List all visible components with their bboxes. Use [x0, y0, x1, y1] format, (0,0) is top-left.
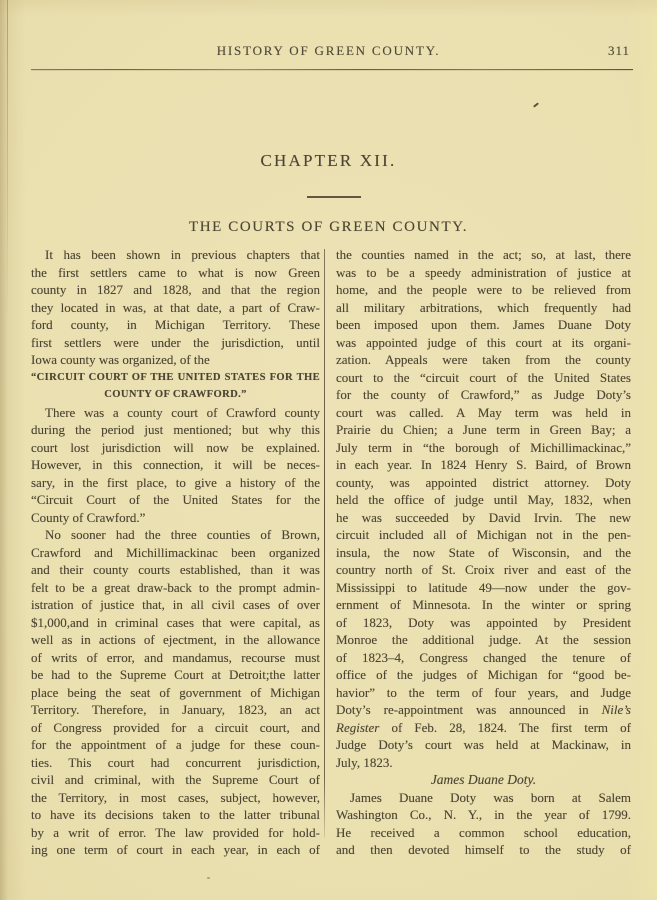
text-line: the Territory, in most cases, subject, h… [31, 789, 320, 807]
text-line: been imposed upon them. James Duane Doty [336, 316, 631, 334]
text-line: and then devoted himself to the study of [336, 841, 631, 859]
chapter-subtitle: THE COURTS OF GREEN COUNTY. [0, 219, 657, 236]
text-line: “CIRCUIT COURT OF THE UNITED STATES FOR … [31, 369, 320, 387]
text-line: place being the seat of government of Mi… [31, 684, 320, 702]
text-line: zation. Appeals were taken from the coun… [336, 351, 631, 369]
text-line: Doty’s re-appointment was announced in N… [336, 701, 631, 719]
text-line: court was called. A May term was held in [336, 404, 631, 422]
page-number: 311 [608, 43, 630, 59]
book-page: HISTORY OF GREEN COUNTY. 311 CHAPTER XII… [0, 0, 657, 900]
paragraph: It has been shown in previous chapters t… [31, 246, 320, 369]
text-line: ford county, in Michigan Territory. Thes… [31, 316, 320, 334]
text-line: first settlers were under the jurisdicti… [31, 334, 320, 352]
text-line: court to the “circuit court of the Unite… [336, 369, 631, 387]
text-line: for the county of Crawford,” as Judge Do… [336, 386, 631, 404]
text-line: July term in “the borough of Michillimac… [336, 439, 631, 457]
ink-speck [207, 877, 210, 879]
text-line: was appointed judge of this court at its… [336, 334, 631, 352]
paragraph: James Duane Doty was born at SalemWashin… [336, 789, 631, 859]
text-line: home, and the people were to be relieved… [336, 281, 631, 299]
paragraph: the counties named in the act; so, at la… [336, 246, 631, 771]
text-line: of 1823–4, Congress changed the tenure o… [336, 649, 631, 667]
text-line: ties. This court had concurrent jurisdic… [31, 754, 320, 772]
text-line: of Congress provided for a circuit court… [31, 719, 320, 737]
smallcaps: “CIRCUIT COURT OF THE UNITED STATES FOR … [31, 369, 320, 404]
text-line: well as in actions of ejectment, in the … [31, 631, 320, 649]
text-line: court lost jurisdiction will now be expl… [31, 439, 320, 457]
right-column: the counties named in the act; so, at la… [336, 246, 631, 859]
chapter-divider [307, 196, 361, 198]
text-line: $1,000,and in criminal cases that were c… [31, 614, 320, 632]
ink-speck [533, 102, 539, 107]
text-line: office of the judges of Michigan for “go… [336, 666, 631, 684]
text-line: felt to be a great draw-back to the prom… [31, 579, 320, 597]
text-line: the first settlers came to what is now G… [31, 264, 320, 282]
text-line: “Circuit Court of the United States for … [31, 491, 320, 509]
header-rule [31, 69, 633, 70]
text-line: ing one term of court in each year, in e… [31, 841, 320, 859]
text-line: COUNTY OF CRAWFORD.” [31, 386, 320, 404]
text-line: It has been shown in previous chapters t… [31, 246, 320, 264]
text-line: He received a common school education, [336, 824, 631, 842]
text-line: by a writ of error. The law provided for… [31, 824, 320, 842]
text-line: Prairie du Chien; a June term in Green B… [336, 421, 631, 439]
text-line: be had to the Supreme Court at Detroit;t… [31, 666, 320, 684]
text-line: County of Crawford.” [31, 509, 320, 527]
text-line: and their county courts established, tha… [31, 561, 320, 579]
text-line: for the appointment of a judge for these… [31, 736, 320, 754]
text-line: However, in this connection, it will be … [31, 456, 320, 474]
chapter-title: CHAPTER XII. [0, 151, 657, 171]
text-line: July, 1823. [336, 754, 631, 772]
text-line: Monroe the additional judge. At the sess… [336, 631, 631, 649]
text-line: of writs of error, and mandamus, recours… [31, 649, 320, 667]
text-line: Judge Doty’s court was held at Mackinaw,… [336, 736, 631, 754]
text-line: Crawford and Michillimackinac been organ… [31, 544, 320, 562]
text-line: civil and criminal, with the Supreme Cou… [31, 771, 320, 789]
text-line: of 1823, Doty was appointed by President [336, 614, 631, 632]
heading-italic: James Duane Doty. [336, 771, 631, 789]
text-line: held the office of judge until May, 1832… [336, 491, 631, 509]
text-line: James Duane Doty. [336, 771, 631, 789]
text-line: circuit included all of Michigan not in … [336, 526, 631, 544]
text-line: during the period just mentioned; but wh… [31, 421, 320, 439]
text-line: No sooner had the three counties of Brow… [31, 526, 320, 544]
text-line: he was succeeded by David Irvin. The new [336, 509, 631, 527]
text-line: There was a county court of Crawford cou… [31, 404, 320, 422]
text-line: Register of Feb. 28, 1824. The first ter… [336, 719, 631, 737]
text-line: they located in was, at that date, a par… [31, 299, 320, 317]
text-line: all military arbitrations, which frequen… [336, 299, 631, 317]
text-line: to have its decisions taken to the latte… [31, 806, 320, 824]
text-line: in each year. In 1824 Henry S. Baird, of… [336, 456, 631, 474]
text-line: the counties named in the act; so, at la… [336, 246, 631, 264]
text-line: Mississippi to latitude 49—now under the… [336, 579, 631, 597]
text-line: Iowa county was organized, of the [31, 351, 320, 369]
text-line: ernment of Minnesota. In the winter or s… [336, 596, 631, 614]
running-title: HISTORY OF GREEN COUNTY. [0, 43, 657, 59]
text-line: istration of justice that, in all civil … [31, 596, 320, 614]
text-line: county, was appointed district attorney.… [336, 474, 631, 492]
paragraph: No sooner had the three counties of Brow… [31, 526, 320, 859]
text-columns: It has been shown in previous chapters t… [31, 246, 631, 859]
paragraph: There was a county court of Crawford cou… [31, 404, 320, 527]
running-head: HISTORY OF GREEN COUNTY. 311 [0, 43, 657, 59]
text-line: sary, in the first place, to give a hist… [31, 474, 320, 492]
text-line: county in 1827 and 1828, and that the re… [31, 281, 320, 299]
left-column: It has been shown in previous chapters t… [31, 246, 320, 859]
text-line: Washington Co., N. Y., in the year of 17… [336, 806, 631, 824]
text-line: Territory. Therefore, in January, 1823, … [31, 701, 320, 719]
text-line: was to be a speedy administration of jus… [336, 264, 631, 282]
column-rule [324, 249, 325, 838]
text-line: insula, the now State of Wisconsin, and … [336, 544, 631, 562]
text-line: havior” to the term of four years, and J… [336, 684, 631, 702]
text-line: James Duane Doty was born at Salem [336, 789, 631, 807]
text-line: country north of St. Croix river and eas… [336, 561, 631, 579]
